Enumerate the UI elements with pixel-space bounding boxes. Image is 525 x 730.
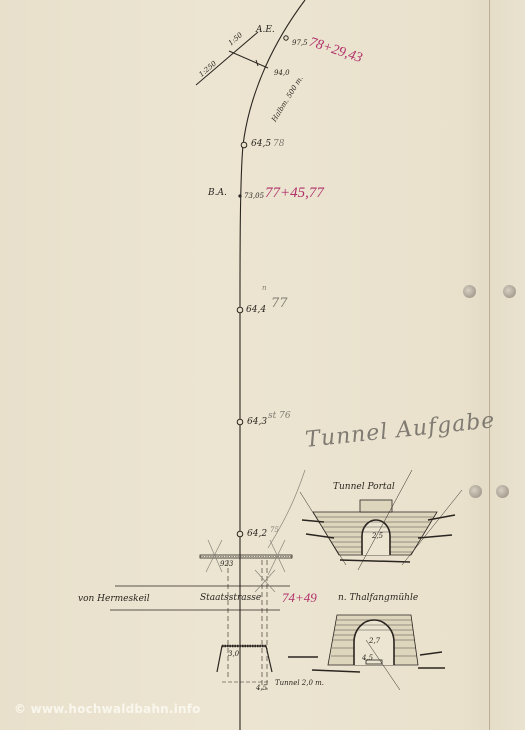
culvert-height-label: 3,0 <box>228 651 239 658</box>
station-elev-642: 64,2 <box>247 530 267 539</box>
punch-hole <box>503 285 516 298</box>
tunnel-portal-bottom-radius: 2,7 <box>369 638 380 645</box>
station-chainage-bo: 77+45,77 <box>265 186 324 201</box>
road-from-label: von Hermeskeil <box>78 595 150 604</box>
station-elev-975: 97,5 <box>292 40 308 47</box>
station-chainage-76: st 76 <box>268 412 291 421</box>
station-elev-644: 64,4 <box>246 306 266 315</box>
station-elev-645: 64,5 <box>251 140 271 149</box>
bridge-label: 923 <box>220 561 233 568</box>
tunnel-portal-bottom-title: Tunnel 2,0 m. <box>275 680 324 687</box>
tunnel-portal-top-title: Tunnel Portal <box>333 483 395 492</box>
station-elev-643: 64,3 <box>247 418 267 427</box>
bo-prefix: B.A. <box>208 189 227 198</box>
point-label: A.E. <box>256 26 275 35</box>
road-name-label: Staatsstrasse <box>200 594 261 603</box>
station-elev-bo: 73,05 <box>244 193 264 200</box>
drawing-sheet: 1:250 1:50 A.E. 97,5 78+29,43 94,0 Halbm… <box>0 0 525 730</box>
road-to-label: n. Thalfangmühle <box>338 594 418 603</box>
punch-hole <box>496 485 509 498</box>
station-note-643: st <box>268 411 276 421</box>
punch-hole <box>463 285 476 298</box>
station-chainage-75: 75 <box>270 527 279 534</box>
culvert-offset-label: 4,5 <box>256 685 267 692</box>
alignment-plan <box>0 0 525 730</box>
tunnel-portal-top-radius: 2,5 <box>372 533 383 540</box>
station-chainage-78: 78 <box>273 140 284 149</box>
watermark: © www.hochwaldbahn.info <box>14 702 201 716</box>
station-elev-940: 94,0 <box>274 70 290 77</box>
chainage-76-value: 76 <box>279 411 290 421</box>
punch-hole <box>469 485 482 498</box>
station-chainage-77: 77 <box>271 297 288 310</box>
station-note-644: n <box>262 285 267 292</box>
road-chainage: 74+49 <box>282 591 317 604</box>
tunnel-portal-bottom-width: 4,5 <box>362 655 373 662</box>
